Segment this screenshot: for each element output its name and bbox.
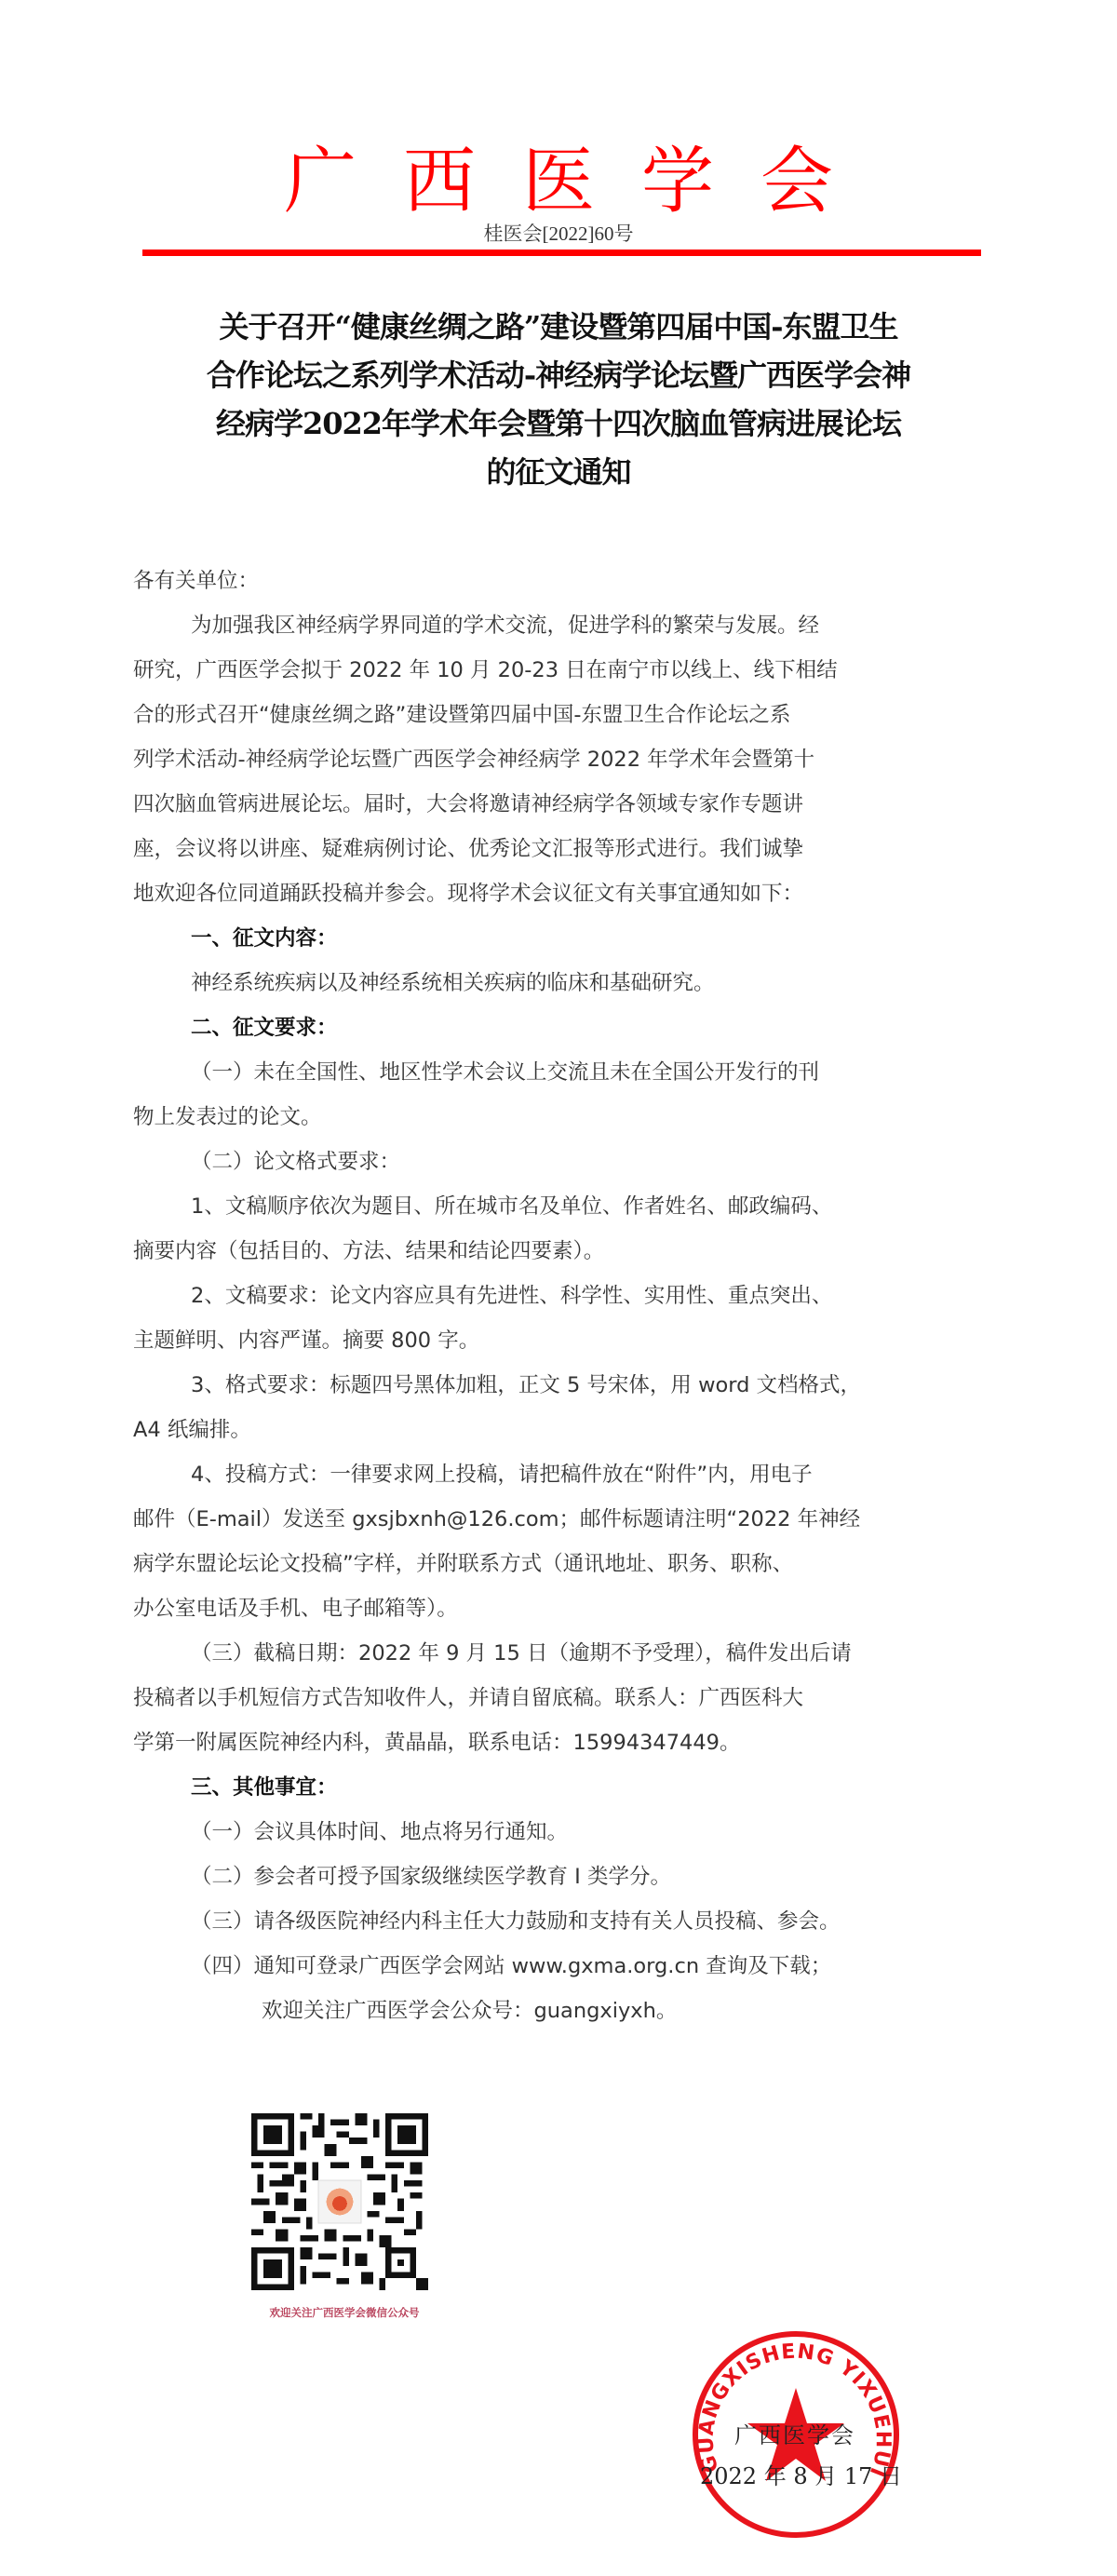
other-item: （三）请各级医院神经内科主任大力鼓励和支持有关人员投稿、参会。 bbox=[133, 1899, 989, 1944]
requirement-line: 物上发表过的论文。 bbox=[133, 1095, 989, 1140]
title-line: 经病学2022年学术年会暨第十四次脑血管病进展论坛 bbox=[130, 399, 987, 448]
requirement-line: 4、投稿方式：一律要求网上投稿，请把稿件放在“附件”内，用电子 bbox=[133, 1452, 989, 1497]
website-line: （四）通知可登录广西医学会网站 www.gxma.org.cn 查询及下载； bbox=[133, 1944, 989, 1989]
org-title: 广西医学会 bbox=[47, 140, 1117, 223]
requirement-line: 3、格式要求：标题四号黑体加粗，正文 5 号宋体，用 word 文档格式， bbox=[133, 1363, 989, 1408]
other-item: （一）会议具体时间、地点将另行通知。 bbox=[133, 1810, 989, 1854]
deadline-line: （三）截稿日期：2022 年 9 月 15 日（逾期不予受理），稿件发出后请 bbox=[133, 1631, 989, 1676]
notice-title: 关于召开“健康丝绸之路”建设暨第四届中国-东盟卫生 合作论坛之系列学术活动-神经… bbox=[130, 303, 987, 496]
signing-organization: 广西医学会 bbox=[734, 2417, 855, 2449]
wechat-line: 欢迎关注广西医学会公众号：guangxiyxh。 bbox=[133, 1989, 989, 2033]
requirement-line: 摘要内容（包括目的、方法、结果和结论四要素）。 bbox=[133, 1229, 989, 1274]
section-heading-requirements: 二、征文要求： bbox=[133, 1005, 989, 1050]
document-number: 桂医会[2022]60号 bbox=[0, 219, 1117, 247]
title-line: 关于召开“健康丝绸之路”建设暨第四届中国-东盟卫生 bbox=[130, 303, 987, 351]
title-line: 合作论坛之系列学术活动-神经病学论坛暨广西医学会神 bbox=[130, 351, 987, 399]
requirement-line: （一）未在全国性、地区性学术会议上交流且未在全国公开发行的刊 bbox=[133, 1050, 989, 1095]
salutation: 各有关单位： bbox=[133, 559, 989, 603]
requirement-line: 主题鲜明、内容严谨。摘要 800 字。 bbox=[133, 1318, 989, 1363]
intro-line: 合的形式召开“健康丝绸之路”建设暨第四届中国-东盟卫生合作论坛之系 bbox=[133, 693, 989, 737]
subheading-format: （二）论文格式要求： bbox=[133, 1140, 989, 1184]
other-item: （二）参会者可授予国家级继续医学教育 I 类学分。 bbox=[133, 1854, 989, 1899]
requirement-line: 病学东盟论坛论文投稿”字样，并附联系方式（通讯地址、职务、职称、 bbox=[133, 1542, 989, 1586]
signing-date: 2022 年 8 月 17 日 bbox=[700, 2458, 902, 2490]
requirement-line: A4 纸编排。 bbox=[133, 1408, 989, 1452]
requirement-line: 1、文稿顺序依次为题目、所在城市名及单位、作者姓名、邮政编码、 bbox=[133, 1184, 989, 1229]
requirement-line: 办公室电话及手机、电子邮箱等）。 bbox=[133, 1586, 989, 1631]
notice-body: 各有关单位： 为加强我区神经病学界同道的学术交流，促进学科的繁荣与发展。经 研究… bbox=[133, 559, 989, 2033]
intro-line: 研究，广西医学会拟于 2022 年 10 月 20-23 日在南宁市以线上、线下… bbox=[133, 648, 989, 693]
wechat-qr-code-icon[interactable] bbox=[247, 2113, 433, 2290]
requirement-line: 2、文稿要求：论文内容应具有先进性、科学性、实用性、重点突出、 bbox=[133, 1274, 989, 1318]
title-line: 的征文通知 bbox=[130, 448, 987, 496]
intro-line: 四次脑血管病进展论坛。届时，大会将邀请神经病学各领域专家作专题讲 bbox=[133, 782, 989, 827]
qr-caption: 欢迎关注广西医学会微信公众号 bbox=[237, 2305, 451, 2320]
submission-email-line: 邮件（E-mail）发送至 gxsjbxnh@126.com；邮件标题请注明“2… bbox=[133, 1497, 989, 1542]
intro-line: 座，会议将以讲座、疑难病例讨论、优秀论文汇报等形式进行。我们诚挚 bbox=[133, 827, 989, 871]
qr-block: 欢迎关注广西医学会微信公众号 bbox=[247, 2113, 442, 2320]
intro-line: 列学术活动-神经病学论坛暨广西医学会神经病学 2022 年学术年会暨第十 bbox=[133, 737, 989, 782]
section-text: 神经系统疾病以及神经系统相关疾病的临床和基础研究。 bbox=[133, 961, 989, 1005]
red-divider bbox=[142, 250, 981, 256]
masthead: 广西医学会 bbox=[0, 140, 1117, 223]
section-heading-content: 一、征文内容： bbox=[133, 916, 989, 961]
deadline-line: 投稿者以手机短信方式告知收件人，并请自留底稿。联系人：广西医科大 bbox=[133, 1676, 989, 1720]
intro-line: 为加强我区神经病学界同道的学术交流，促进学科的繁荣与发展。经 bbox=[133, 603, 989, 648]
intro-line: 地欢迎各位同道踊跃投稿并参会。现将学术会议征文有关事宜通知如下： bbox=[133, 871, 989, 916]
section-heading-other: 三、其他事宜： bbox=[133, 1765, 989, 1810]
contact-line: 学第一附属医院神经内科，黄晶晶，联系电话：15994347449。 bbox=[133, 1720, 989, 1765]
